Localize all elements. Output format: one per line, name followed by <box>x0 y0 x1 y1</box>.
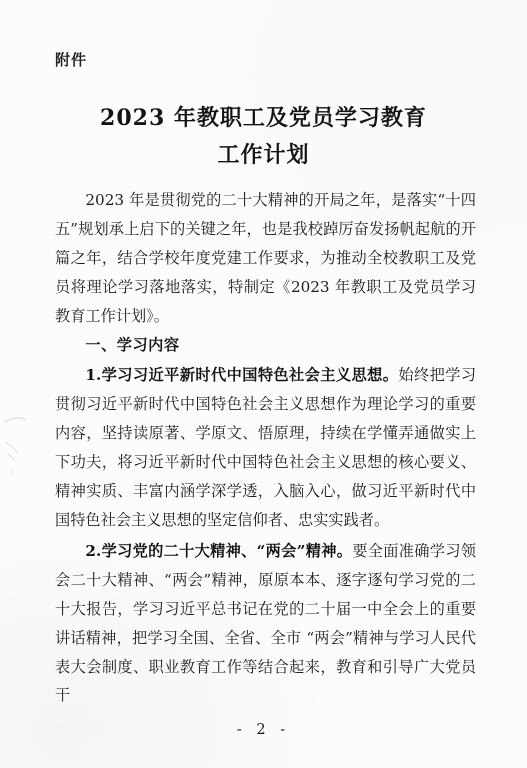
item2-body: 要全面准确学习领会二十大精神、“两会”精神，原原本本、逐字逐句学习党的二十大报告… <box>55 542 476 705</box>
item-paragraph-2: 2.学习党的二十大精神、“两会”精神。要全面准确学习领会二十大精神、“两会”精神… <box>55 537 476 710</box>
document-body: 2023 年是贯彻党的二十大精神的开局之年，是落实“十四五”规划承上启下的关键之… <box>55 186 476 710</box>
attachment-label: 附件 <box>55 49 87 70</box>
item1-body: 始终把学习贯彻习近平新时代中国特色社会主义思想作为理论学习的重要内容，坚持读原著… <box>55 366 476 529</box>
intro-paragraph: 2023 年是贯彻党的二十大精神的开局之年，是落实“十四五”规划承上启下的关键之… <box>55 186 476 331</box>
document-title-line1: 2023 年教职工及党员学习教育 <box>0 100 527 137</box>
item2-lead: 2.学习党的二十大精神、“两会”精神。 <box>85 542 352 560</box>
item-paragraph-1: 1.学习习近平新时代中国特色社会主义思想。始终把学习贯彻习近平新时代中国特色社会… <box>55 361 476 534</box>
document-page: 附件 2023 年教职工及党员学习教育 工作计划 2023 年是贯彻党的二十大精… <box>0 0 527 768</box>
item1-lead: 1.学习习近平新时代中国特色社会主义思想。 <box>85 366 398 384</box>
scan-smudge-artifact <box>0 408 34 498</box>
document-title: 2023 年教职工及党员学习教育 工作计划 <box>0 100 527 174</box>
section-heading-learning-content: 一、学习内容 <box>55 331 476 360</box>
page-number: - 2 - <box>0 722 527 738</box>
document-title-line2: 工作计划 <box>0 137 527 174</box>
